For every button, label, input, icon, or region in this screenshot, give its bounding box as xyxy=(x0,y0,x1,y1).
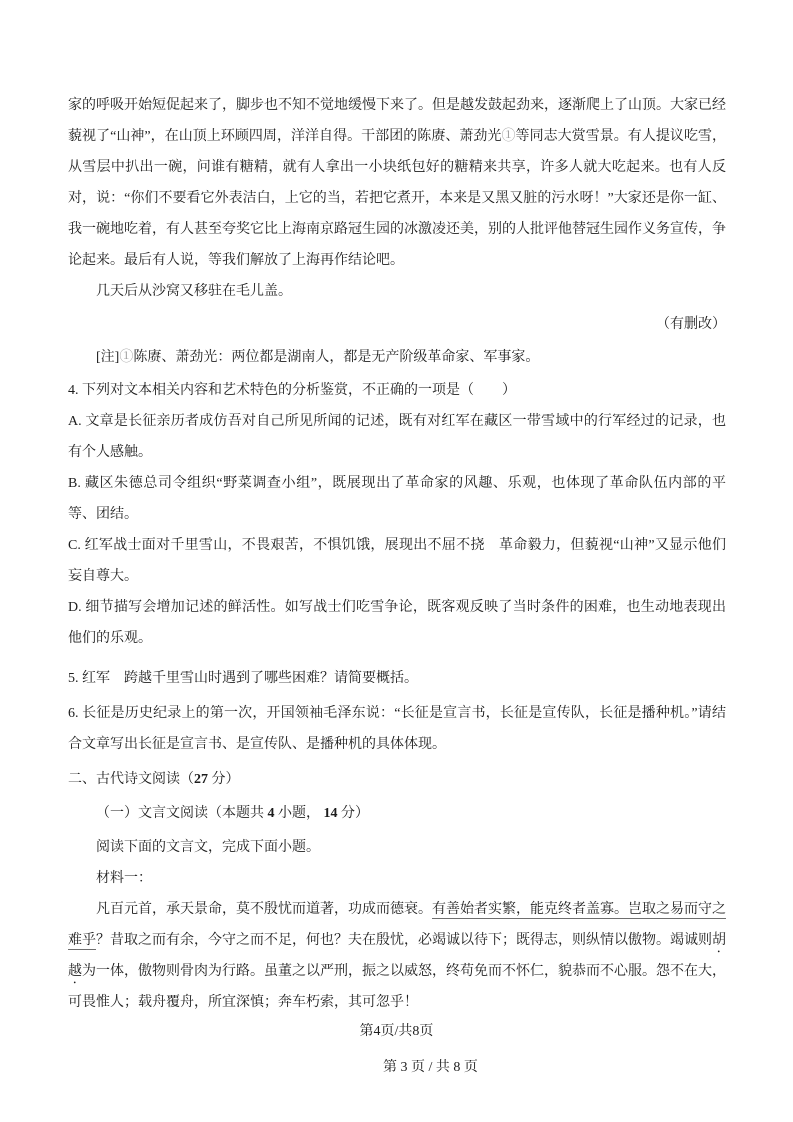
question-4-option-a: A. 文章是长征亲历者成仿吾对自己所见所闻的记述，既有对红军在藏区一带雪域中的行… xyxy=(68,406,726,468)
question-4-option-b: B. 藏区朱德总司令组织“野菜调查小组”，既展现出了革命家的风趣、乐观，也体现了… xyxy=(68,468,726,530)
page-indicator-top: 第4页/共8页 xyxy=(0,1022,793,1042)
question-4-stem: 4. 下列对文本相关内容和艺术特色的分析鉴赏，不正确的一项是（ ） xyxy=(68,375,726,406)
footnote-label: [注] xyxy=(96,350,119,365)
subsection-heading-text: 小题， xyxy=(275,806,324,821)
passage-text: ？昔取之而有余，今守之而不足，何也？夫在殷忧，必竭诚以待下；既得志，则纵情以傲物… xyxy=(96,933,712,948)
continuation-paragraph: 家的呼吸开始短促起来了，脚步也不知不觉地缓慢下来了。但是越发鼓起劲来，逐渐爬上了… xyxy=(68,90,726,276)
footnote-marker: ① xyxy=(502,129,516,144)
paragraph-text: 等同志大赏雪景。有人提议吃雪，从雪层中扒出一碗，问谁有糖精，就有人拿出一小块纸包… xyxy=(68,129,726,268)
subsection-heading-text: （一）文言文阅读（本题共 xyxy=(96,806,268,821)
question-4-option-d: D. 细节描写会增加记述的鲜活性。如写战士们吃雪争论，既客观反映了当时条件的困难… xyxy=(68,592,726,654)
material-1-label: 材料一： xyxy=(68,863,726,894)
classical-passage: 凡百元首，承天景命，莫不殷忧而道著，功成而德衰。有善始者实繁，能克终者盖寡。岂取… xyxy=(68,894,726,1018)
page-indicator-bottom: 第 3 页 / 共 8 页 xyxy=(0,1058,793,1078)
document-page: 家的呼吸开始短促起来了，脚步也不知不觉地缓慢下来了。但是越发鼓起劲来，逐渐爬上了… xyxy=(0,0,793,1122)
section-2-heading: 二、古代诗文阅读（27 分） xyxy=(68,764,726,795)
section-heading-text: 分） xyxy=(208,772,240,787)
attribution-note: （有删改） xyxy=(68,309,726,340)
footnote-line: [注]①陈赓、萧劲光：两位都是湖南人，都是无产阶级革命家、军事家。 xyxy=(68,342,726,373)
paragraph-relocation: 几天后从沙窝又移驻在毛儿盖。 xyxy=(68,276,726,307)
passage-text: 凡百元首，承天景命，莫不殷忧而道著，功成而德衰。 xyxy=(96,902,432,917)
subsection-points: 14 xyxy=(324,806,338,821)
section-heading-text: 二、古代诗文阅读（ xyxy=(68,772,194,787)
reading-instruction: 阅读下面的文言文，完成下面小题。 xyxy=(68,832,726,863)
question-6: 6. 长征是历史纪录上的第一次，开国领袖毛泽东说：“长征是宣言书，长征是宣传队，… xyxy=(68,698,726,760)
footnote-text: 陈赓、萧劲光：两位都是湖南人，都是无产阶级革命家、军事家。 xyxy=(133,350,539,365)
subsection-1-heading: （一）文言文阅读（本题共 4 小题， 14 分） xyxy=(68,798,726,829)
passage-text: 为一体，傲物则骨肉为行路。虽董之以严刑，振之以威怒，终苟免而不怀仁，貌恭而不心服… xyxy=(68,964,726,1010)
subsection-heading-text: 分） xyxy=(338,806,370,821)
subsection-count: 4 xyxy=(268,806,275,821)
section-points: 27 xyxy=(194,772,208,787)
question-4-option-c: C. 红军战士面对千里雪山，不畏艰苦，不惧饥饿，展现出不屈不挠 革命毅力，但藐视… xyxy=(68,530,726,592)
footnote-marker: ① xyxy=(119,350,133,365)
question-5: 5. 红军 跨越千里雪山时遇到了哪些困难？请简要概括。 xyxy=(68,663,726,694)
